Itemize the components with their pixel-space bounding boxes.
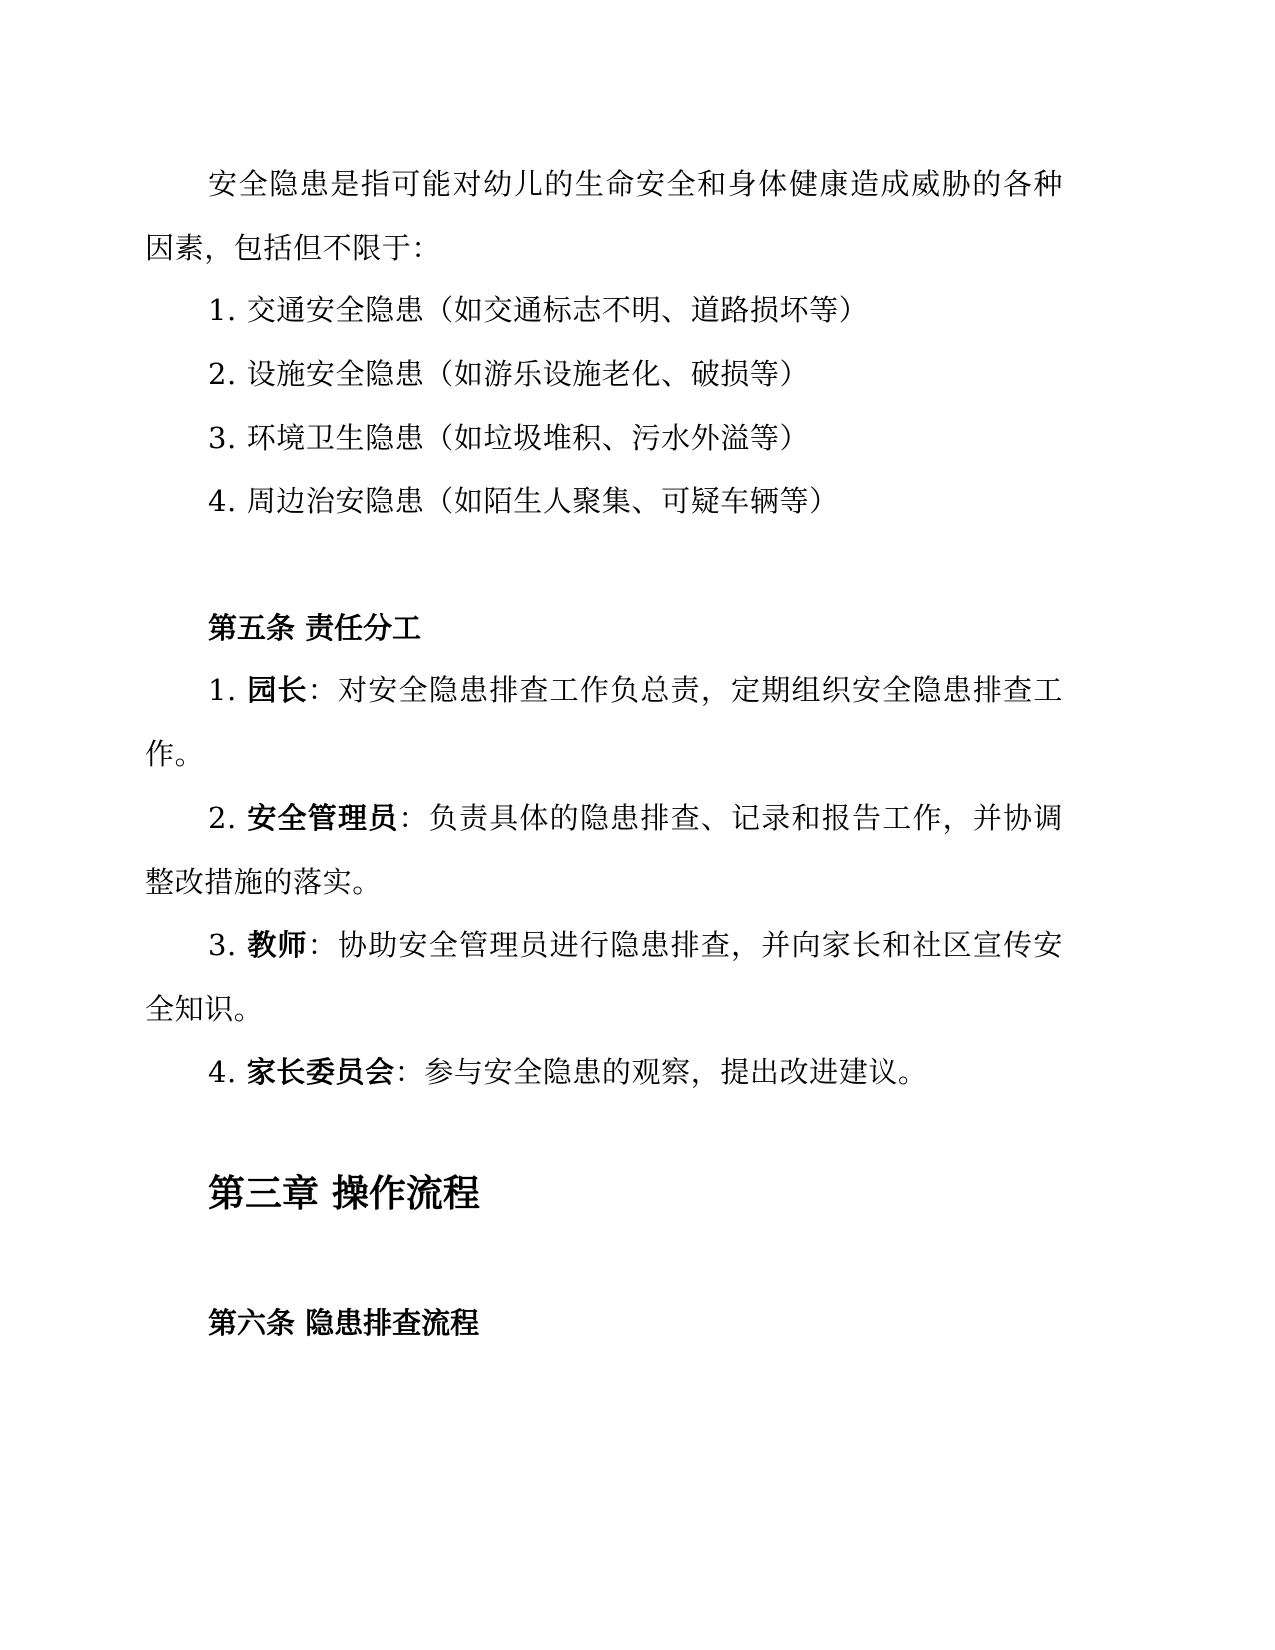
role-label: 安全管理员 [247,801,398,835]
intro-paragraph: 安全隐患是指可能对幼儿的生命安全和身体健康造成威胁的各种因素，包括但不限于： [145,152,1063,280]
hazard-item-1: 1. 交通安全隐患（如交通标志不明、道路损坏等） [208,290,868,330]
role-label: 教师 [247,928,307,962]
hazard-text: 交通安全隐患（如交通标志不明、道路损坏等） [247,293,869,327]
hazard-text: 环境卫生隐患（如垃圾堆积、污水外溢等） [247,421,809,455]
responsibility-item-4: 4. 家长委员会：参与安全隐患的观察，提出改进建议。 [145,1040,1063,1104]
hazard-num: 4. [208,484,237,518]
responsibility-item-1: 1. 园长：对安全隐患排查工作负总责，定期组织安全隐患排查工作。 [145,658,1063,786]
hazard-item-2: 2. 设施安全隐患（如游乐设施老化、破损等） [208,354,809,394]
hazard-item-4: 4. 周边治安隐患（如陌生人聚集、可疑车辆等） [208,481,839,521]
separator: ： [308,928,338,962]
separator: ： [395,1055,425,1089]
item-text: 参与安全隐患的观察，提出改进建议。 [424,1055,927,1089]
article6-heading: 第六条 隐患排查流程 [208,1303,479,1343]
hazard-text: 设施安全隐患（如游乐设施老化、破损等） [247,357,809,391]
item-num: 2. [208,801,237,835]
role-label: 家长委员会 [247,1055,395,1089]
item-num: 4. [208,1055,237,1089]
item-num: 3. [208,928,237,962]
hazard-num: 1. [208,293,237,327]
intro-text: 安全隐患是指可能对幼儿的生命安全和身体健康造成威胁的各种因素，包括但不限于： [145,167,1063,265]
article5-heading: 第五条 责任分工 [208,608,421,648]
hazard-num: 3. [208,421,237,455]
separator: ： [308,673,338,707]
hazard-num: 2. [208,357,237,391]
item-num: 1. [208,673,237,707]
hazard-text: 周边治安隐患（如陌生人聚集、可疑车辆等） [247,484,839,518]
chapter3-heading: 第三章 操作流程 [208,1170,480,1218]
separator: ： [399,801,429,835]
responsibility-item-2: 2. 安全管理员：负责具体的隐患排查、记录和报告工作，并协调整改措施的落实。 [145,786,1063,914]
responsibility-item-3: 3. 教师：协助安全管理员进行隐患排查，并向家长和社区宣传安全知识。 [145,913,1063,1041]
role-label: 园长 [247,673,307,707]
hazard-item-3: 3. 环境卫生隐患（如垃圾堆积、污水外溢等） [208,418,809,458]
